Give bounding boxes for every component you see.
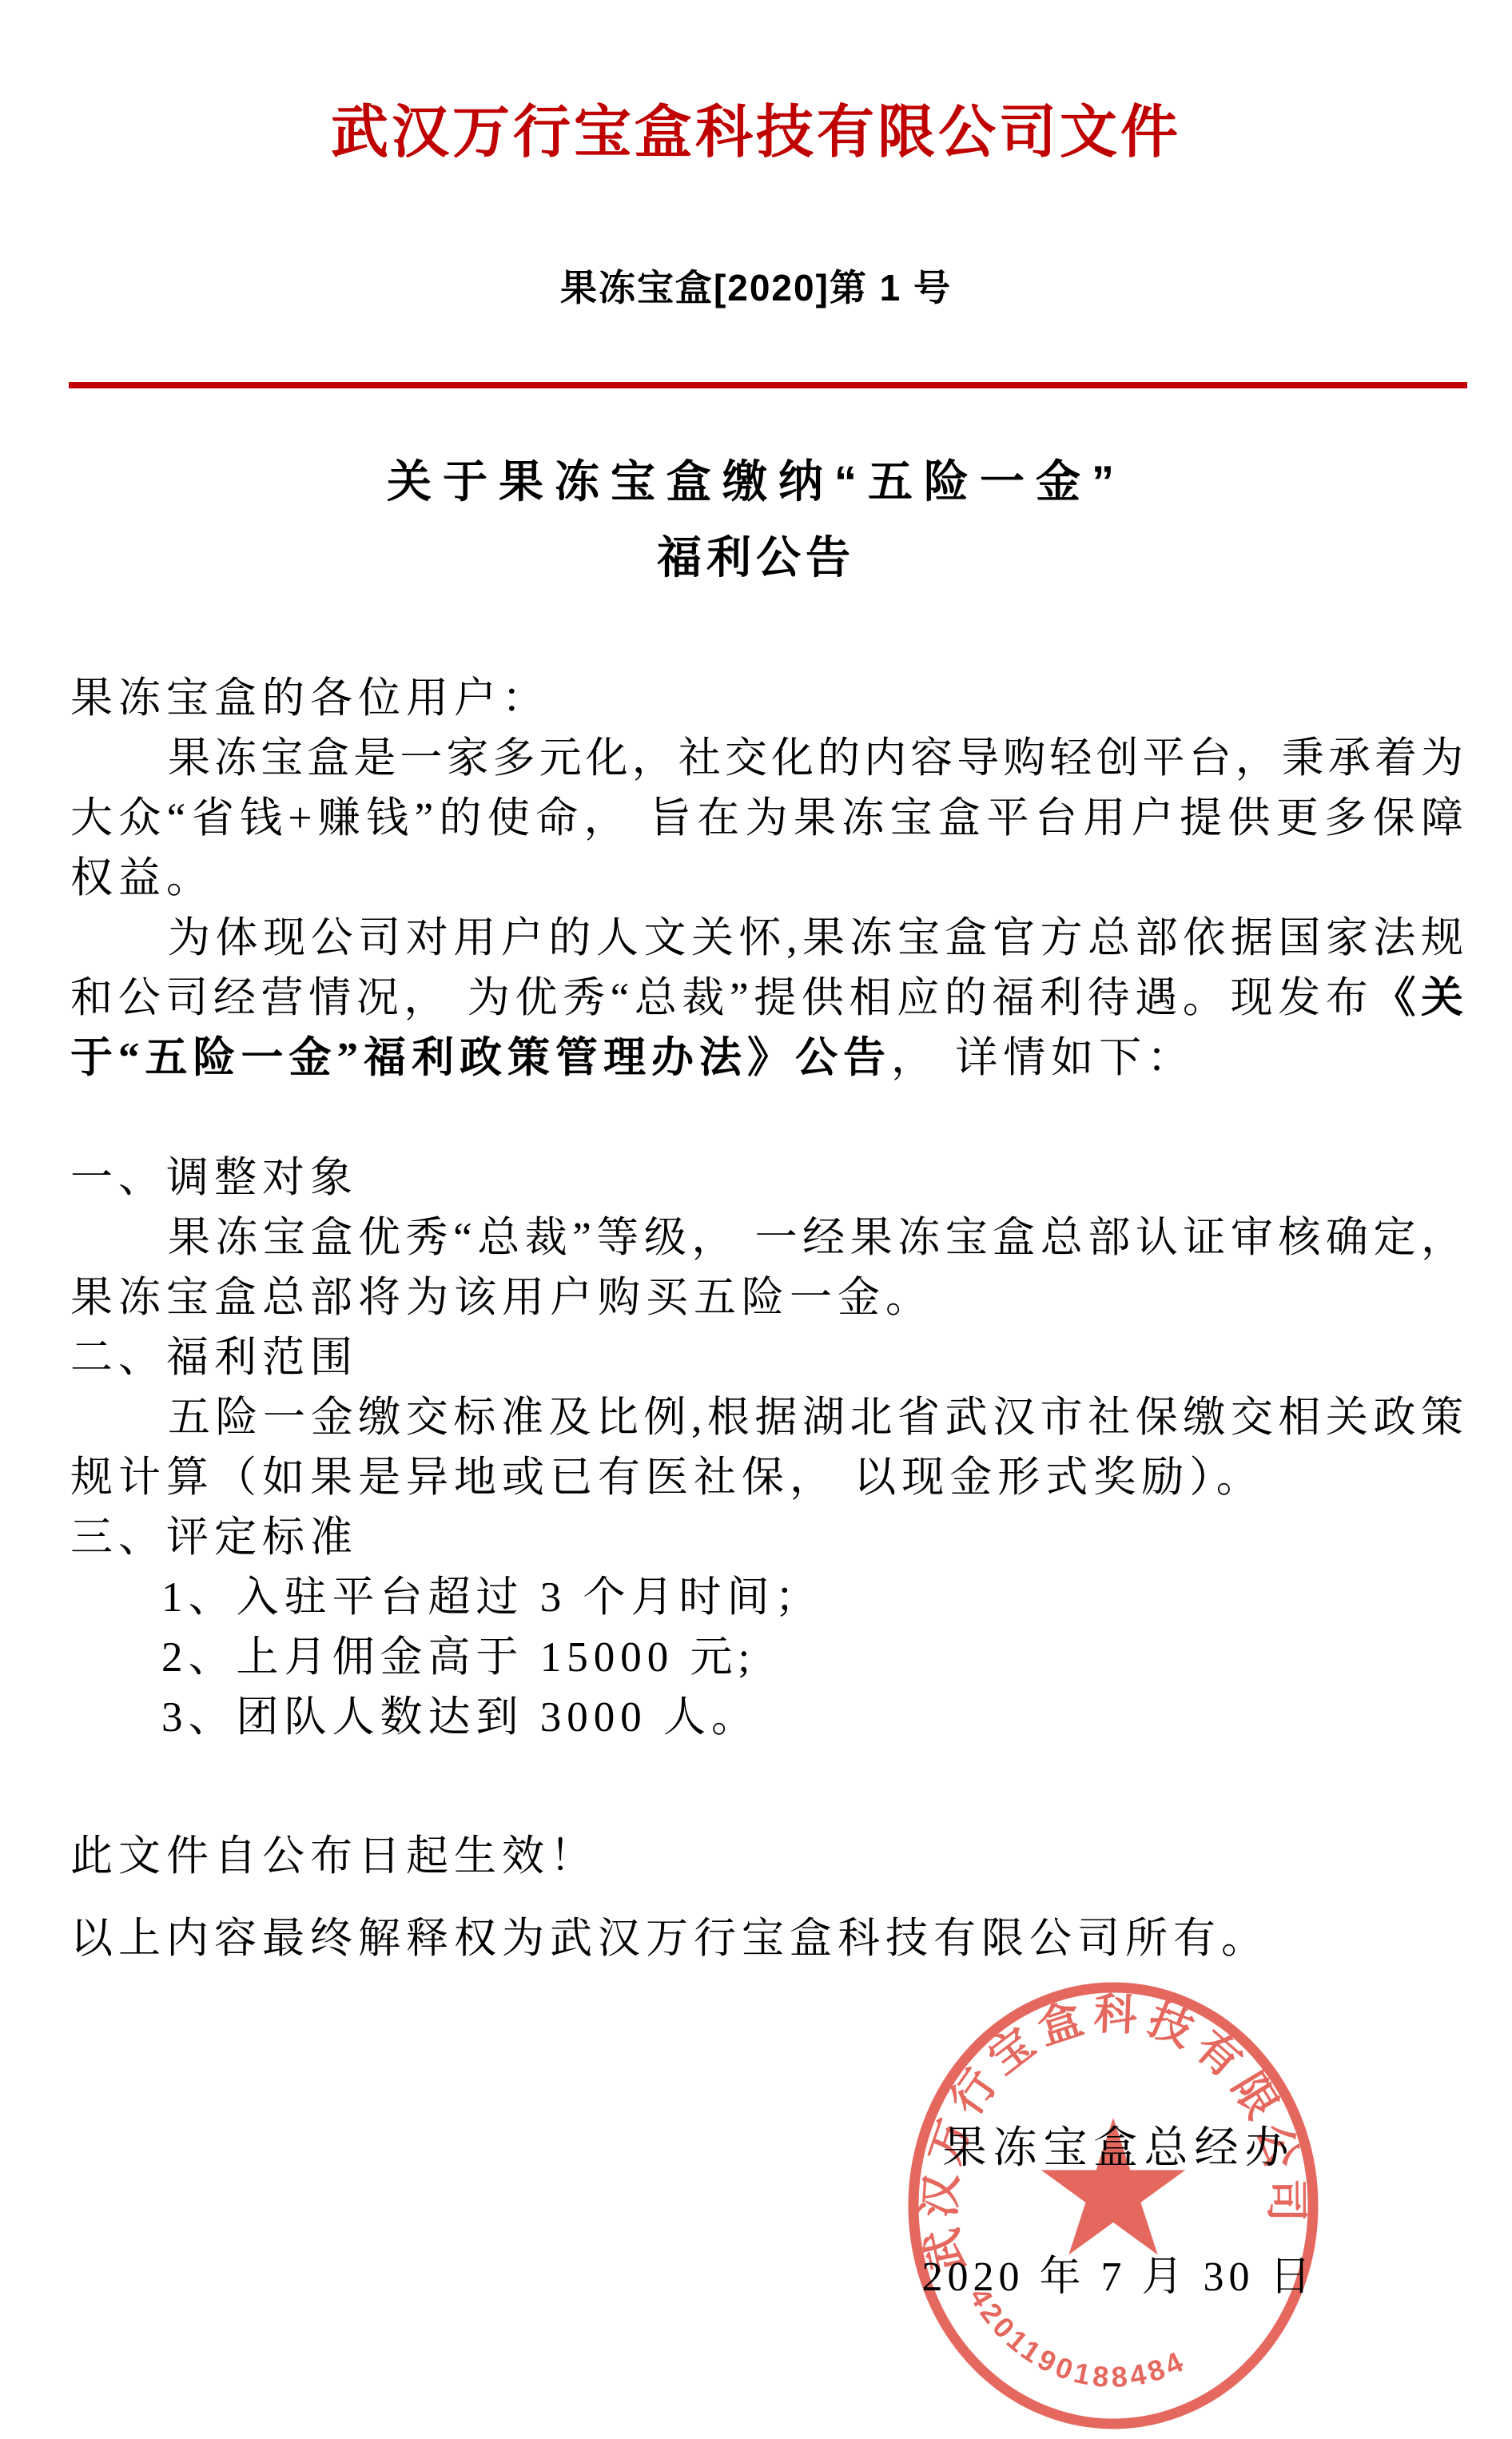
letterhead-org-title: 武汉万行宝盒科技有限公司文件 — [0, 99, 1512, 166]
section3-heading: 三、评定标准 — [70, 1508, 1467, 1568]
rights-statement: 以上内容最终解释权为武汉万行宝盒科技有限公司所有。 — [70, 1909, 1467, 1969]
criteria-item-2: 2、上月佣金高于 15000 元; — [70, 1628, 1467, 1688]
body-text: 果冻宝盒的各位用户： 果冻宝盒是一家多元化，社交化的内容导购轻创平台，秉承着为 … — [70, 669, 1467, 1969]
company-seal-stamp: 武汉万行宝盒科技有限公司 4201190188484 — [889, 1966, 1337, 2439]
document-number: 果冻宝盒[2020]第 1 号 — [0, 264, 1512, 312]
section1-heading: 一、调整对象 — [70, 1148, 1467, 1208]
blank-line — [70, 1088, 1467, 1148]
criteria-item-3: 3、团队人数达到 3000 人。 — [70, 1688, 1467, 1748]
letterhead-red-rule — [69, 382, 1467, 388]
section1-line1: 果冻宝盒优秀“总裁”等级， 一经果冻宝盒总部认证审核确定， — [70, 1208, 1467, 1268]
paragraph2-line3-bold: 于“五险一金”福利政策管理办法》公告 — [70, 1035, 891, 1081]
paragraph2-line2-bold: 《关 — [1373, 975, 1467, 1021]
paragraph1-line2: 大众“省钱+赚钱”的使命， 旨在为果冻宝盒平台用户提供更多保障 — [70, 789, 1467, 849]
paragraph1-line1: 果冻宝盒是一家多元化，社交化的内容导购轻创平台，秉承着为 — [70, 729, 1467, 789]
paragraph2-line3-regular: ， 详情如下： — [891, 1035, 1195, 1081]
paragraph2-line2: 和公司经营情况， 为优秀“总裁”提供相应的福利待遇。现发布《关 — [70, 969, 1467, 1029]
doc-title-line2: 福利公告 — [0, 530, 1512, 586]
paragraph2-line1: 为体现公司对用户的人文关怀,果冻宝盒官方总部依据国家法规 — [70, 909, 1467, 969]
doc-title-line1: 关于果冻宝盒缴纳“五险一金” — [0, 454, 1512, 510]
section2-line2: 规计算（如果是异地或已有医社保， 以现金形式奖励）。 — [70, 1448, 1467, 1508]
effective-statement: 此文件自公布日起生效！ — [70, 1827, 1467, 1887]
blank-gap — [70, 1748, 1467, 1827]
salutation-line: 果冻宝盒的各位用户： — [70, 669, 1467, 729]
signing-date: 2020 年 7 月 30 日 — [839, 2247, 1399, 2307]
official-document-page: 武汉万行宝盒科技有限公司文件 果冻宝盒[2020]第 1 号 关于果冻宝盒缴纳“… — [0, 0, 1512, 2439]
paragraph1-line3: 权益。 — [70, 849, 1467, 909]
paragraph2-line3: 于“五险一金”福利政策管理办法》公告， 详情如下： — [70, 1029, 1467, 1088]
paragraph2-line2-regular: 和公司经营情况， 为优秀“总裁”提供相应的福利待遇。现发布 — [70, 975, 1373, 1021]
section1-line2: 果冻宝盒总部将为该用户购买五险一金。 — [70, 1268, 1467, 1328]
signing-office: 果冻宝盒总经办 — [839, 2118, 1399, 2178]
criteria-item-1: 1、入驻平台超过 3 个月时间； — [70, 1568, 1467, 1628]
section2-heading: 二、福利范围 — [70, 1328, 1467, 1388]
section2-line1: 五险一金缴交标准及比例,根据湖北省武汉市社保缴交相关政策 — [70, 1388, 1467, 1448]
blank-gap-small — [70, 1887, 1467, 1909]
